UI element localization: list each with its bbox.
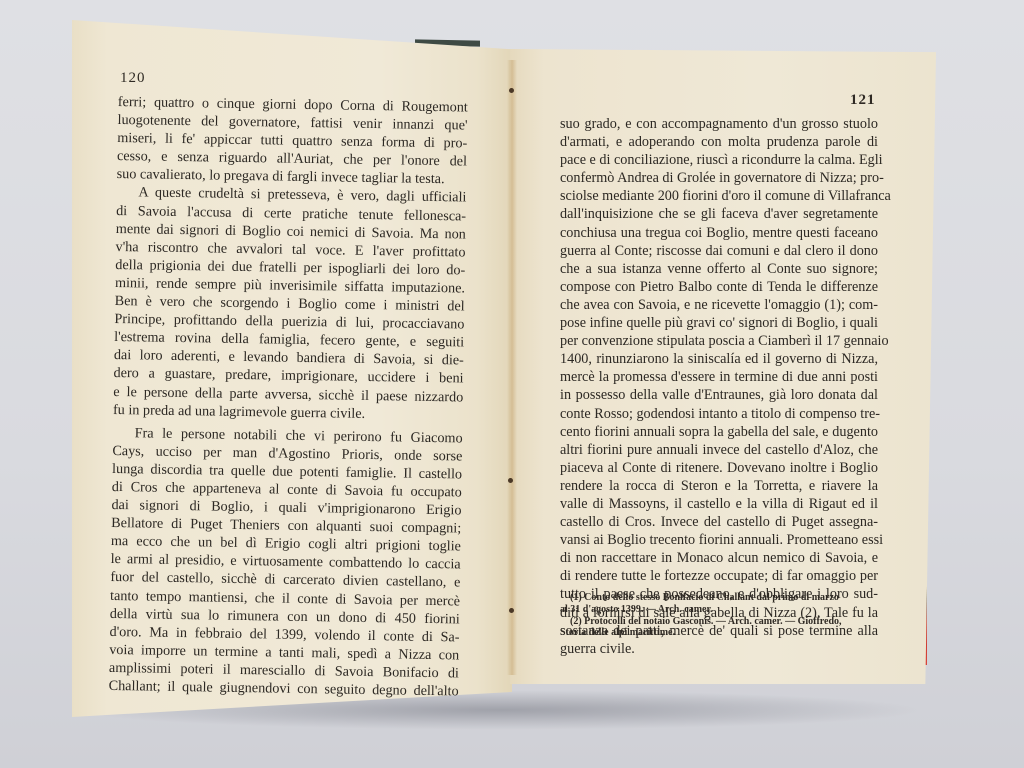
text-line: suo grado, e con accompagnamento d'un gr… [560, 115, 878, 133]
text-line: valle di Massoyns, il castello e la vill… [560, 495, 878, 513]
footnote-line: Storia delle alpi marittime. [560, 627, 878, 639]
left-page-number: 120 [120, 70, 146, 87]
text-line: che avea con Savoia, e ne ricevette l'om… [560, 296, 878, 314]
footnote-line: (1) Conto dello stesso Bonifacio di Chal… [560, 592, 878, 604]
text-line: altri fiorini pure annuali invece del ca… [560, 441, 878, 459]
text-line: pace e di conciliazione, riuscì a ricond… [560, 151, 878, 169]
text-line: per convenzione stipulata poscia a Ciamb… [560, 332, 878, 350]
text-line: dall'inquisizione che se gli faceva d'av… [560, 205, 878, 223]
text-line: di non raccettare in Monaco alcun nemico… [560, 549, 878, 567]
binding-stitch [509, 608, 514, 613]
text-line: guerra civile. [560, 640, 878, 658]
text-line: conchiusa una tregua coi Boglio, mentre … [560, 224, 878, 242]
book-gutter [507, 60, 517, 675]
text-line: vansi ai Boglio trecento fiorini annuali… [560, 531, 878, 549]
text-line: che a sua istanza venne offerto al Conte… [560, 260, 878, 278]
text-line: castello di Cros. Invece del castello di… [560, 513, 878, 531]
binding-stitch [508, 478, 513, 483]
binding-stitch [509, 88, 514, 93]
text-line: mercè la promessa d'essere in termine di… [560, 368, 878, 386]
right-page-footnotes: (1) Conto dello stesso Bonifacio di Chal… [560, 592, 878, 639]
text-line: conte Rosso; godendosi intanto a titolo … [560, 405, 878, 423]
right-page-number: 121 [850, 92, 876, 109]
text-line: compose con Pietro Balbo conte di Tenda … [560, 278, 878, 296]
text-line: d'armati, e adoperando con molta prudenz… [560, 133, 878, 151]
text-line: rendere la rocca di Steron e la Torretta… [560, 477, 878, 495]
text-line: 1400, rinunziarono la siniscalía ed il g… [560, 350, 878, 368]
text-line: in possesso della valle d'Entraunes, già… [560, 386, 878, 404]
text-line: cento fiorini annuali sopra la gabella d… [560, 423, 878, 441]
text-line: guerra al Conte; riscosse dai comuni e d… [560, 242, 878, 260]
text-line: sciolse mediante 200 fiorini d'oro il co… [560, 187, 878, 205]
right-page-body: suo grado, e con accompagnamento d'un gr… [560, 115, 878, 658]
text-line: piaceva al Conte di ritenere. Dovevano i… [560, 459, 878, 477]
text-line: confermò Andrea di Grolée in governatore… [560, 169, 878, 187]
text-line: pose infine quelle più gravi co' signori… [560, 314, 878, 332]
open-book: 120 121 ferri; quattro o cinque giorni d… [0, 0, 1024, 768]
footnote-line: (2) Protocolli del notaio Gasconis. — Ar… [560, 616, 878, 628]
left-page-body: ferri; quattro o cinque giorni dopo Corn… [109, 93, 468, 701]
footnote-line: al 31 d'agosto 1399. — Arch. camer. [560, 604, 878, 616]
text-line: di rendere tutte le fortezze occupate; d… [560, 567, 878, 585]
